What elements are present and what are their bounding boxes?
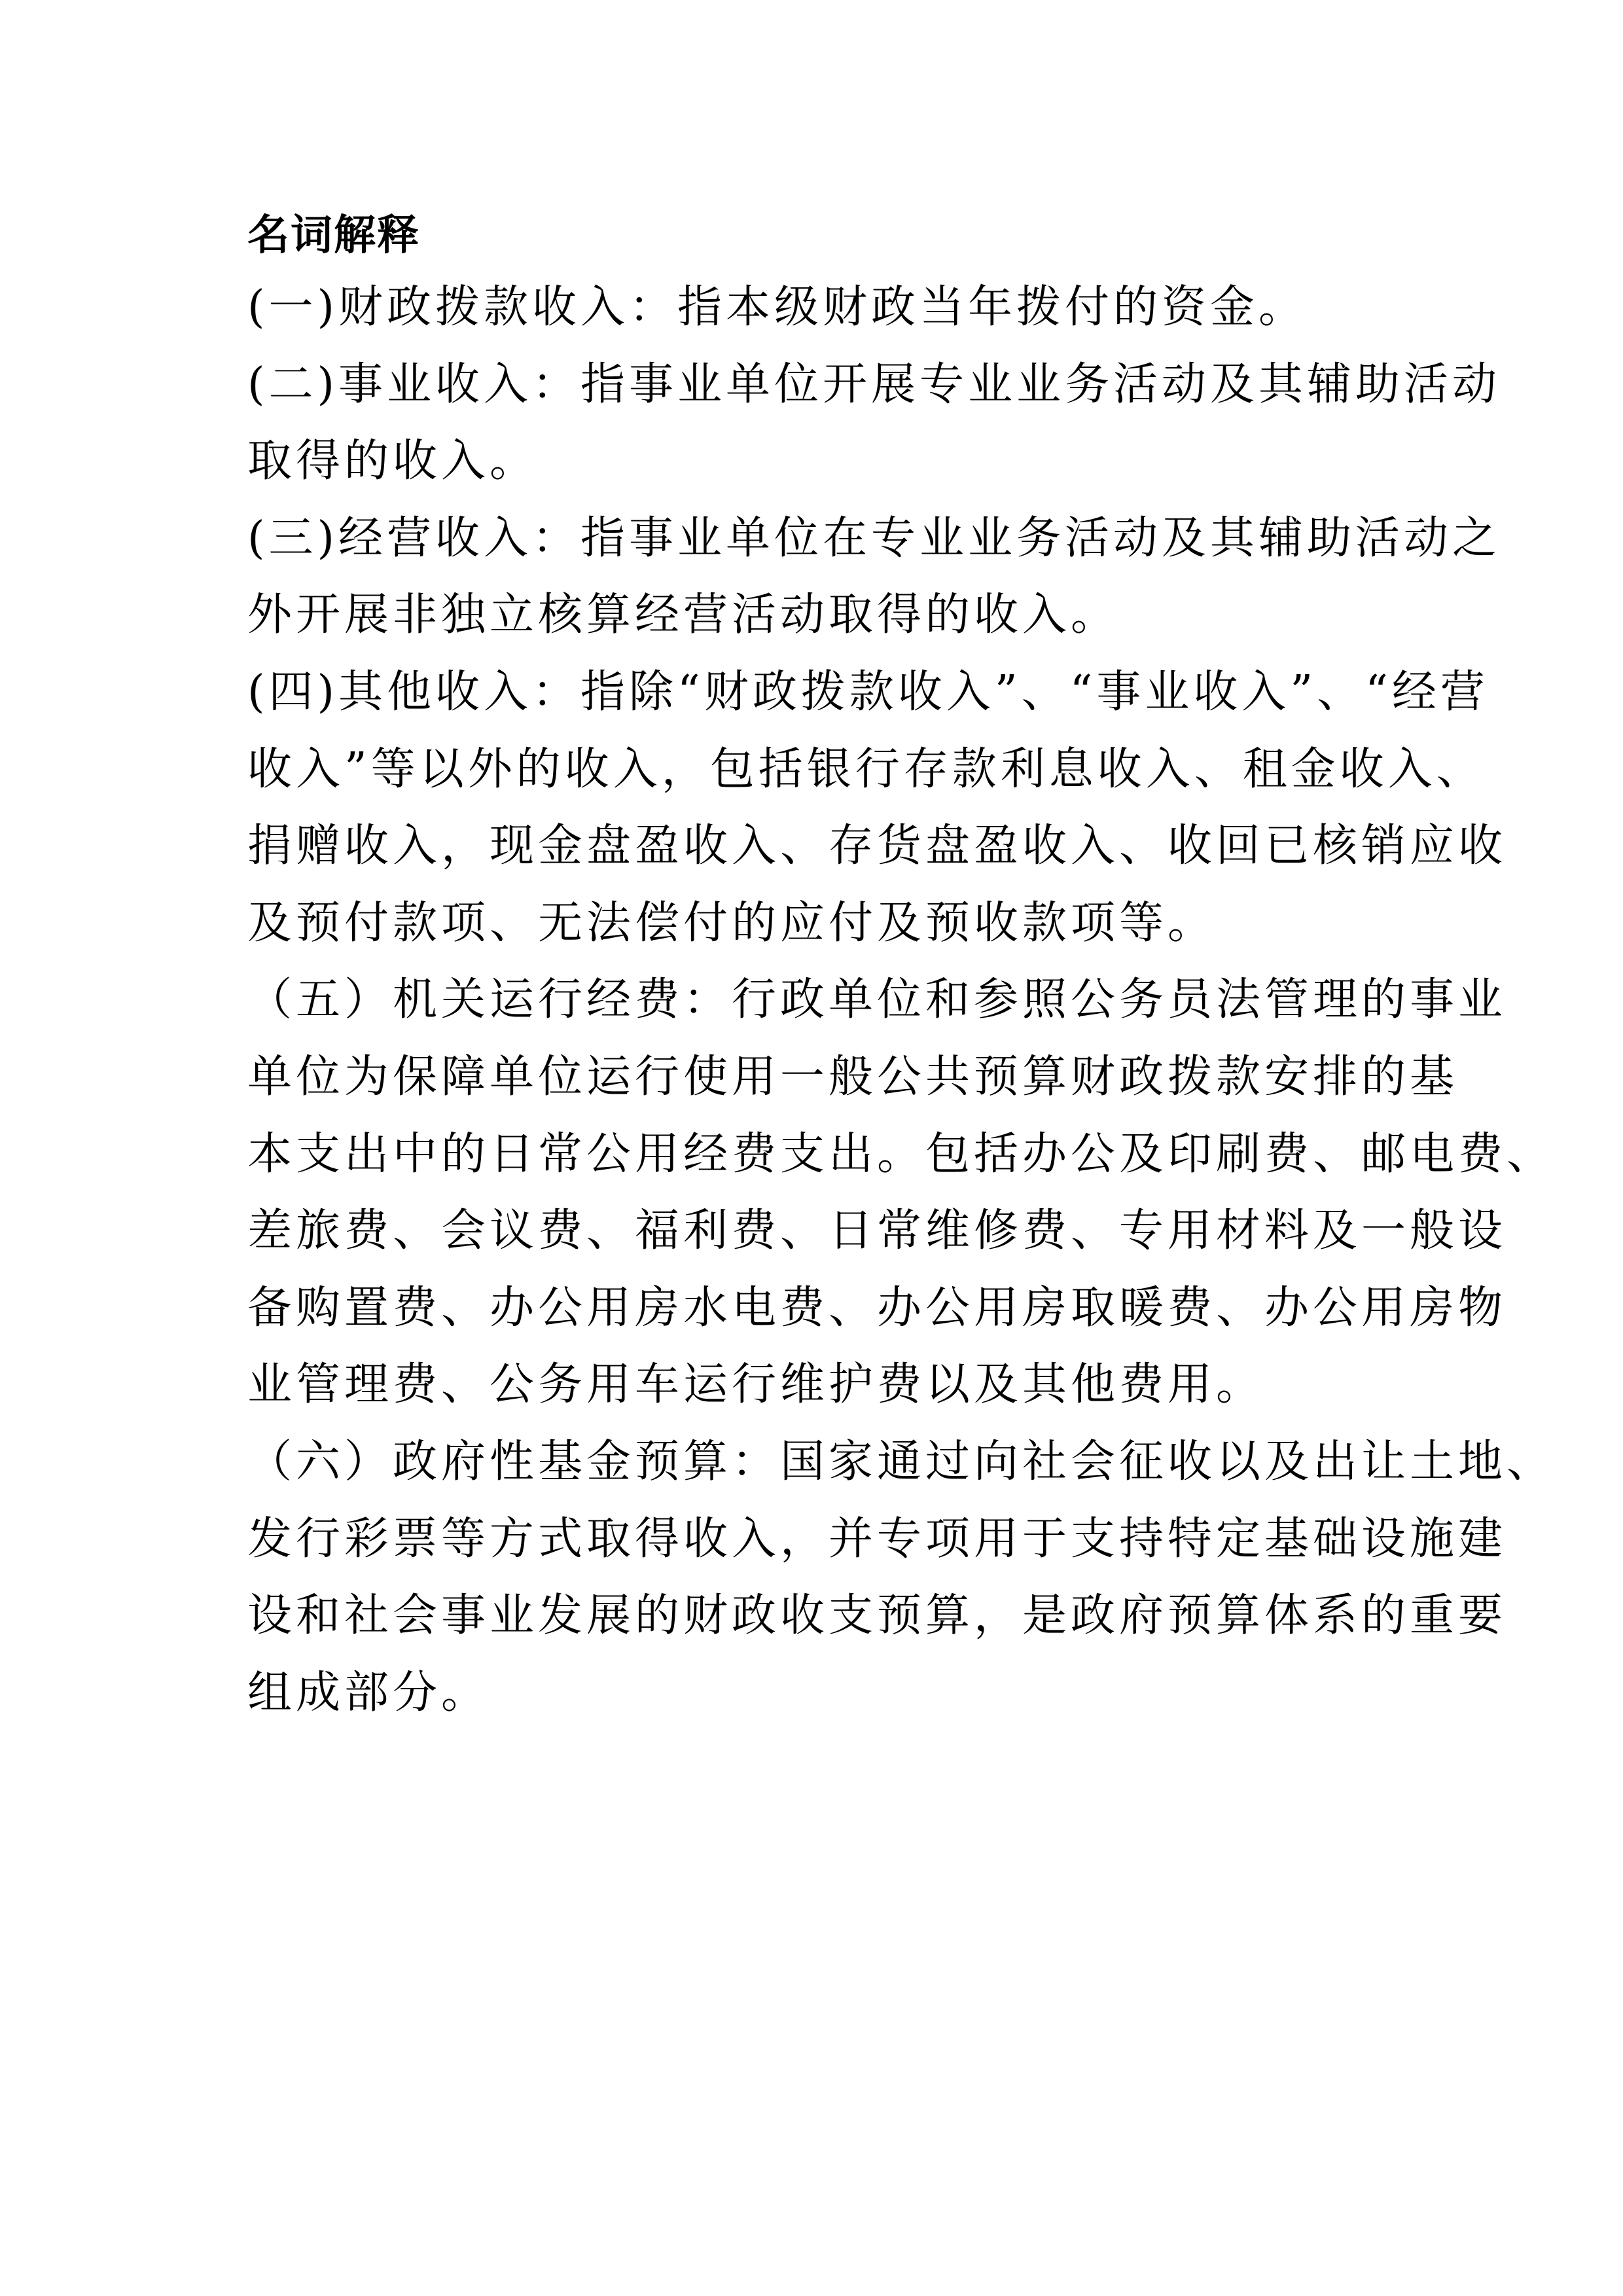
definition-4-line-4: 及预付款项、无法偿付的应付及预收款项等。 [247,893,1380,971]
definition-3-line-1: (三)经营收入：指事业单位在专业业务活动及其辅助活动之 [247,509,1380,586]
definition-5-line-4: 差旅费、会议费、福利费、日常维修费、专用材料及一般设 [247,1201,1380,1278]
definition-6-line-4: 组成部分。 [247,1663,1380,1740]
definitions-body: (一)财政拨款收入：指本级财政当年拨付的资金。 (二)事业收入：指事业单位开展专… [247,278,1380,1740]
definition-4-line-1: (四)其他收入：指除“财政拨款收入”、“事业收入”、“经营 [247,662,1380,740]
definition-5-line-3: 本支出中的日常公用经费支出。包括办公及印刷费、邮电费、 [247,1124,1380,1202]
definition-4-line-2: 收入”等以外的收入，包括银行存款利息收入、租金收入、 [247,740,1380,817]
definition-6-line-1: （六）政府性基金预算：国家通过向社会征收以及出让土地、 [247,1432,1380,1509]
definition-2-line-2: 取得的收入。 [247,431,1380,509]
document-page: 名词解释 (一)财政拨款收入：指本级财政当年拨付的资金。 (二)事业收入：指事业… [0,0,1623,2296]
definition-4-line-3: 捐赠收入，现金盘盈收入、存货盘盈收入、收回已核销应收 [247,816,1380,893]
definition-6-line-2: 发行彩票等方式取得收入，并专项用于支持特定基础设施建 [247,1509,1380,1587]
definition-5-line-6: 业管理费、公务用车运行维护费以及其他费用。 [247,1355,1380,1432]
definition-5-line-1: （五）机关运行经费：行政单位和参照公务员法管理的事业 [247,970,1380,1047]
definition-1-line-1: (一)财政拨款收入：指本级财政当年拨付的资金。 [247,278,1380,355]
definition-2-line-1: (二)事业收入：指事业单位开展专业业务活动及其辅助活动 [247,355,1380,432]
definition-5-line-5: 备购置费、办公用房水电费、办公用房取暖费、办公用房物 [247,1278,1380,1355]
definition-6-line-3: 设和社会事业发展的财政收支预算，是政府预算体系的重要 [247,1586,1380,1663]
page-title: 名词解释 [247,208,420,263]
definition-5-line-2: 单位为保障单位运行使用一般公共预算财政拨款安排的基 [247,1047,1380,1124]
definition-3-line-2: 外开展非独立核算经营活动取得的收入。 [247,585,1380,662]
